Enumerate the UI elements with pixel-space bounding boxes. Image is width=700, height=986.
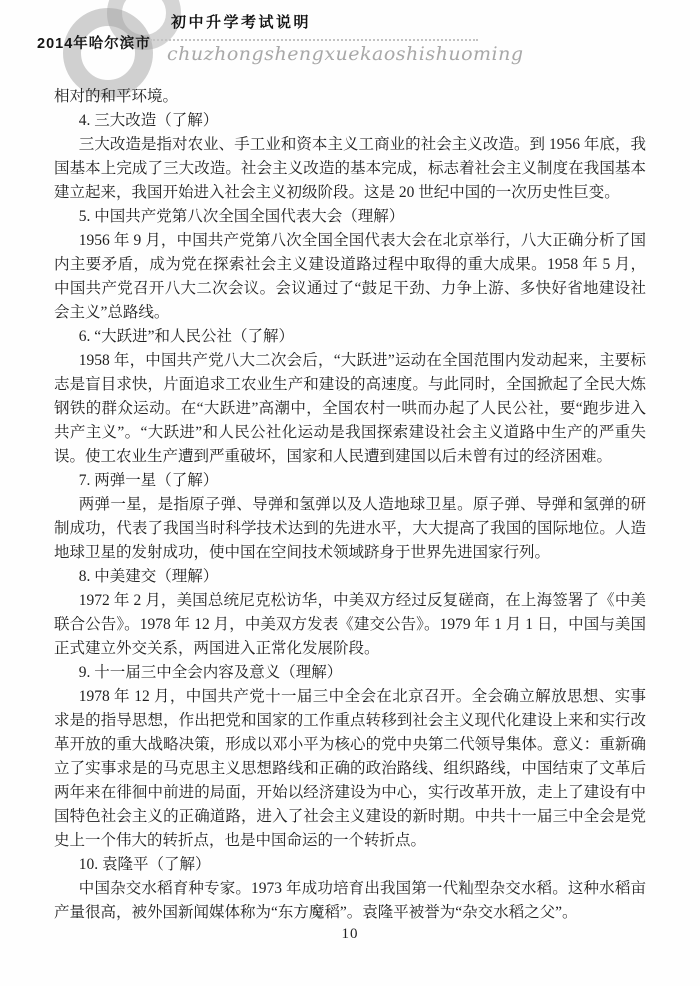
section-paragraph: 两弹一星，是指原子弹、导弹和氢弹以及人造地球卫星。原子弹、导弹和氢弹的研制成功，… [54, 493, 646, 565]
section-heading: 6. “大跃进”和人民公社（了解） [54, 325, 646, 349]
edition-label: 2014年哈尔滨市 [37, 32, 151, 53]
masthead-title: 初中升学考试说明 [171, 11, 311, 32]
page-body: 相对的和平环境。 4. 三大改造（了解） 三大改造是指对农业、手工业和资本主义工… [54, 85, 646, 925]
section-heading: 10. 袁隆平（了解） [54, 853, 646, 877]
page-number: 10 [0, 926, 700, 943]
section-paragraph: 1978 年 12 月，中国共产党十一届三中全会在北京召开。全会确立解放思想、实… [54, 685, 646, 853]
section-dayuejin: 6. “大跃进”和人民公社（了解） 1958 年，中国共产党八大二次会后，“大跃… [54, 325, 646, 469]
section-heading: 4. 三大改造（了解） [54, 109, 646, 133]
section-paragraph: 1958 年，中国共产党八大二次会后，“大跃进”运动在全国范围内发动起来，主要标… [54, 349, 646, 469]
document-page: 2014年哈尔滨市 初中升学考试说明 chuzhongshengxuekaosh… [0, 0, 700, 986]
section-paragraph: 中国杂交水稻育种专家。1973 年成功培育出我国第一代籼型杂交水稻。这种水稻亩产… [54, 877, 646, 925]
dotted-rule [150, 39, 478, 41]
page-header: 2014年哈尔滨市 初中升学考试说明 chuzhongshengxuekaosh… [0, 0, 700, 90]
section-paragraph: 1956 年 9 月，中国共产党第八次全国全国代表大会在北京举行，八大正确分析了… [54, 229, 646, 325]
pinyin-subtitle: chuzhongshengxuekaoshishuoming [167, 43, 524, 65]
continuation-line: 相对的和平环境。 [54, 85, 646, 109]
section-liangdan-yixing: 7. 两弹一星（了解） 两弹一星，是指原子弹、导弹和氢弹以及人造地球卫星。原子弹… [54, 469, 646, 565]
section-yuanlongping: 10. 袁隆平（了解） 中国杂交水稻育种专家。1973 年成功培育出我国第一代籼… [54, 853, 646, 925]
section-zhongmei-jianjiao: 8. 中美建交（理解） 1972 年 2 月，美国总统尼克松访华，中美双方经过反… [54, 565, 646, 661]
section-heading: 9. 十一届三中全会内容及意义（理解） [54, 661, 646, 685]
section-shiyijie-sanzhongquanhui: 9. 十一届三中全会内容及意义（理解） 1978 年 12 月，中国共产党十一届… [54, 661, 646, 853]
section-badahui: 5. 中国共产党第八次全国全国代表大会（理解） 1956 年 9 月，中国共产党… [54, 205, 646, 325]
section-heading: 5. 中国共产党第八次全国全国代表大会（理解） [54, 205, 646, 229]
section-heading: 7. 两弹一星（了解） [54, 469, 646, 493]
section-heading: 8. 中美建交（理解） [54, 565, 646, 589]
section-sanda-gaizao: 4. 三大改造（了解） 三大改造是指对农业、手工业和资本主义工商业的社会主义改造… [54, 109, 646, 205]
section-paragraph: 三大改造是指对农业、手工业和资本主义工商业的社会主义改造。到 1956 年底，我… [54, 133, 646, 205]
section-paragraph: 1972 年 2 月，美国总统尼克松访华，中美双方经过反复磋商，在上海签署了《中… [54, 589, 646, 661]
